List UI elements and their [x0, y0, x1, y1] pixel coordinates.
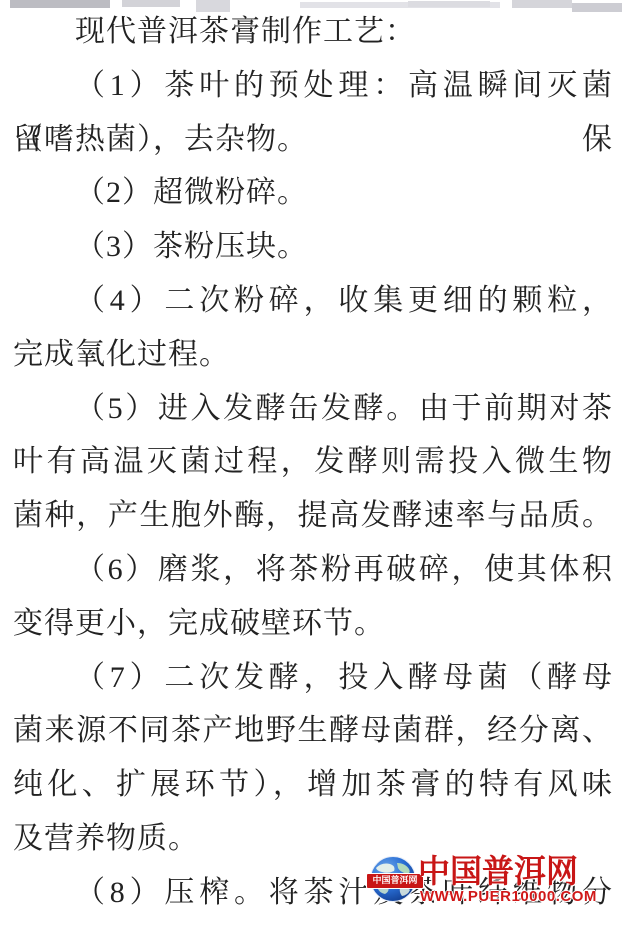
globe-banner-label: 中国普洱网: [366, 873, 424, 889]
doc-line: （3）茶粉压块。: [13, 220, 613, 274]
doc-line: （2）超微粉碎。: [13, 166, 613, 220]
doc-line: （5）进入发酵缶发酵。由于前期对茶: [13, 382, 613, 436]
site-watermark-logo: 中国普洱网 中国普洱网 WWW.PUER10000.COM: [366, 850, 581, 912]
site-url: WWW.PUER10000.COM: [420, 888, 597, 905]
doc-title: 现代普洱茶膏制作工艺：: [13, 5, 613, 59]
doc-line: 变得更小，完成破壁环节。: [13, 597, 613, 651]
article-page: 现代普洱茶膏制作工艺： （1）茶叶的预处理：高温瞬间灭菌（保 留嗜热菌），去杂物…: [0, 0, 626, 929]
doc-line: 菌来源不同茶产地野生酵母菌群，经分离、: [13, 704, 613, 758]
site-name: 中国普洱网: [418, 854, 578, 888]
doc-line: 叶有高温灭菌过程，发酵则需投入微生物: [13, 435, 613, 489]
doc-line: （7）二次发酵，投入酵母菌（酵母: [13, 651, 613, 705]
doc-line: （1）茶叶的预处理：高温瞬间灭菌（保: [13, 59, 613, 113]
document-body: 现代普洱茶膏制作工艺： （1）茶叶的预处理：高温瞬间灭菌（保 留嗜热菌），去杂物…: [13, 5, 613, 920]
doc-line: 完成氧化过程。: [13, 328, 613, 382]
doc-line: （4）二次粉碎，收集更细的颗粒，: [13, 274, 613, 328]
doc-line: （6）磨浆，将茶粉再破碎，使其体积: [13, 543, 613, 597]
doc-line: 纯化、扩展环节），增加茶膏的特有风味: [13, 758, 613, 812]
doc-line: 菌种，产生胞外酶，提高发酵速率与品质。: [13, 489, 613, 543]
